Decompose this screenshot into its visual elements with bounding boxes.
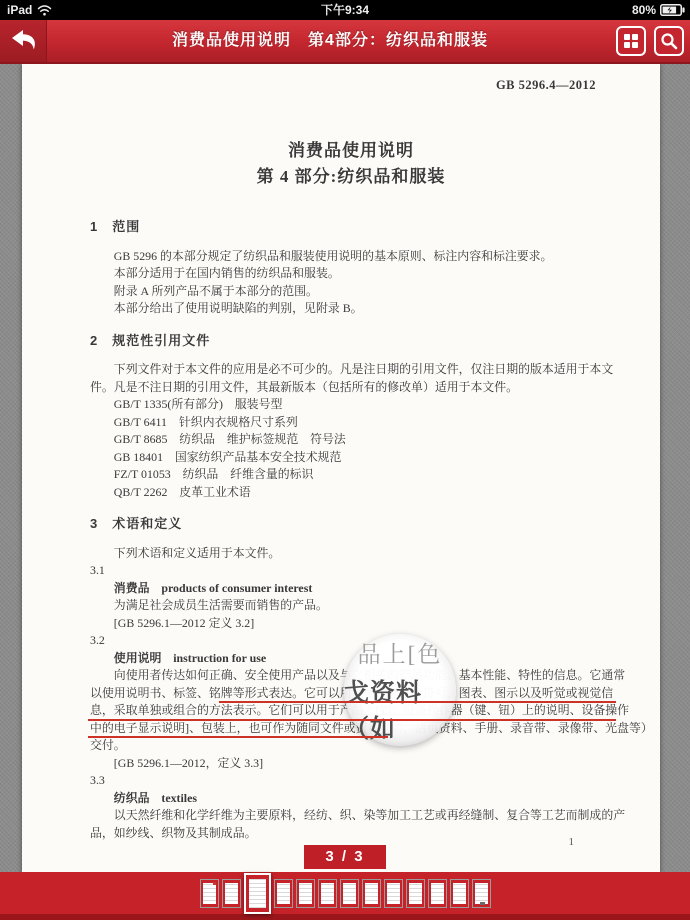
document-title-line2: 第 4 部分:纺织品和服装: [90, 164, 612, 190]
status-right: 80%: [632, 0, 685, 20]
doc-paragraph: 品，如纱线、织物及其制成品。: [90, 825, 612, 843]
doc-reference: GB 18401 国家纺织产品基本安全技术规范: [90, 449, 612, 467]
doc-reference: GB/T 6411 针织内衣规格尺寸系列: [90, 414, 612, 432]
doc-clause-number: 3.1: [90, 562, 612, 580]
status-time: 下午9:34: [0, 0, 690, 20]
page-thumbnail-5[interactable]: [296, 879, 315, 908]
doc-paragraph: 本部分适用于在国内销售的纺织品和服装。: [90, 265, 612, 283]
page-thumbnail-8[interactable]: [362, 879, 381, 908]
doc-reference: GB/T 8685 纺织品 维护标签规范 符号法: [90, 431, 612, 449]
document-title: 消费品使用说明 第 4 部分:纺织品和服装: [90, 138, 612, 190]
doc-reference: QB/T 2262 皮革工业术语: [90, 484, 612, 502]
doc-term: 消费品 products of consumer interest: [90, 580, 612, 598]
doc-paragraph: 件。凡是不注日期的引用文件，其最新版本（包括所有的修改单）适用于本文件。: [90, 379, 612, 397]
page-thumbnail-10[interactable]: [406, 879, 425, 908]
nav-bar: 消费品使用说明 第4部分：纺织品和服装: [0, 20, 690, 64]
nav-actions: [616, 26, 684, 56]
search-button[interactable]: [654, 26, 684, 56]
thumbnail-list: [0, 872, 690, 914]
doc-paragraph: 下列文件对于本文件的应用是必不可少的。凡是注日期的引用文件，仅注日期的版本适用于…: [90, 361, 612, 379]
nav-title: 消费品使用说明 第4部分：纺织品和服装: [60, 20, 600, 62]
battery-icon: [660, 4, 685, 16]
doc-reference: GB/T 1335(所有部分) 服装号型: [90, 396, 612, 414]
doc-heading: 3 术语和定义: [90, 515, 612, 533]
page-thumbnail-6[interactable]: [318, 879, 337, 908]
thumbnail-grid-button[interactable]: [616, 26, 646, 56]
page-thumbnail-3[interactable]: [244, 873, 271, 914]
doc-paragraph: 为满足社会成员生活需要而销售的产品。: [90, 597, 612, 615]
grid-icon: [624, 34, 638, 48]
doc-paragraph: 下列术语和定义适用于本文件。: [90, 545, 612, 563]
back-arrow-icon: [8, 27, 38, 55]
doc-term: 纺织品 textiles: [90, 790, 612, 808]
page-thumbnail-1[interactable]: [200, 879, 219, 908]
page-thumbnail-7[interactable]: [340, 879, 359, 908]
page-thumbnail-12[interactable]: [450, 879, 469, 908]
doc-paragraph: [GB 5296.1—2012，定义 3.3]: [90, 755, 612, 773]
doc-heading: 1 范围: [90, 218, 612, 236]
watermark-text-line2: 戈资料（如: [344, 673, 456, 745]
document-content: GB 5296.4—2012 消费品使用说明 第 4 部分:纺织品和服装 1 范…: [22, 64, 660, 842]
page-thumbnail-9[interactable]: [384, 879, 403, 908]
doc-clause-number: 3.2: [90, 632, 612, 650]
magnifier-watermark: 品上[色 戈资料（如: [344, 634, 456, 746]
doc-clause-number: 3.3: [90, 772, 612, 790]
battery-percent: 80%: [632, 3, 656, 17]
page-footer-number: 1: [569, 836, 575, 848]
status-bar: iPad 下午9:34 80%: [0, 0, 690, 20]
doc-reference: FZ/T 01053 纺织品 纤维含量的标识: [90, 466, 612, 484]
ipad-screen: iPad 下午9:34 80% 消费品使用说明 第4部分：纺织品和服装: [0, 0, 690, 920]
doc-paragraph: 本部分给出了使用说明缺陷的判别，见附录 B。: [90, 300, 612, 318]
standard-code: GB 5296.4—2012: [90, 78, 596, 92]
page-thumbnail-11[interactable]: [428, 879, 447, 908]
page-indicator-badge: 3 / 3: [304, 845, 386, 869]
doc-paragraph: [GB 5296.1—2012 定义 3.2]: [90, 615, 612, 633]
doc-paragraph: 以天然纤维和化学纤维为主要原料，经纺、织、染等加工工艺或再经缝制、复合等工艺而制…: [90, 807, 612, 825]
document-title-line1: 消费品使用说明: [90, 138, 612, 164]
doc-heading: 2 规范性引用文件: [90, 332, 612, 350]
doc-paragraph: 附录 A 所列产品不属于本部分的范围。: [90, 283, 612, 301]
back-button[interactable]: [0, 20, 47, 62]
search-icon: [660, 32, 678, 50]
document-body: 1 范围GB 5296 的本部分规定了纺织品和服装使用说明的基本原则、标注内容和…: [90, 218, 612, 842]
watermark-text-line1: 品上[色: [358, 636, 443, 669]
document-page[interactable]: GB 5296.4—2012 消费品使用说明 第 4 部分:纺织品和服装 1 范…: [22, 64, 660, 874]
doc-paragraph: GB 5296 的本部分规定了纺织品和服装使用说明的基本原则、标注内容和标注要求…: [90, 248, 612, 266]
page-thumbnail-4[interactable]: [274, 879, 293, 908]
thumbnail-bar: [0, 872, 690, 920]
page-thumbnail-13[interactable]: [472, 879, 491, 908]
page-thumbnail-2[interactable]: [222, 879, 241, 908]
